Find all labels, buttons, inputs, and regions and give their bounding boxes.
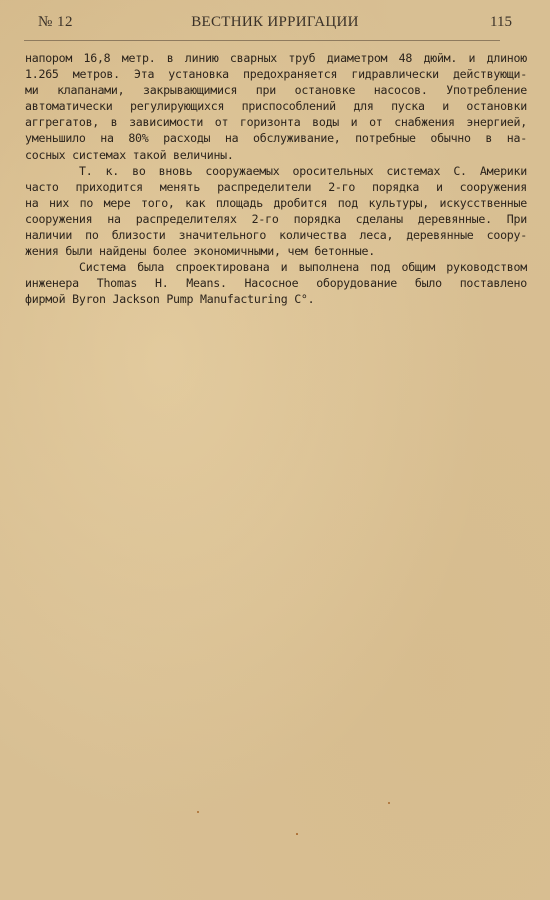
body-text: напором 16,8 метр. в линию сварных труб … bbox=[25, 50, 527, 308]
text-line: жения были найдены более экономичными, ч… bbox=[25, 243, 527, 259]
page-number: 115 bbox=[490, 14, 512, 31]
text-line: Система была спроектирована и выполнена … bbox=[25, 259, 527, 275]
text-line: ми клапанами, закрывающимися при останов… bbox=[25, 82, 527, 98]
running-header: № 12 ВЕСТНИК ИРРИГАЦИИ 115 bbox=[24, 14, 526, 36]
text-line: Т. к. во вновь сооружаемых оросительных … bbox=[25, 163, 527, 179]
paper-speck bbox=[296, 833, 298, 835]
paper-speck bbox=[197, 811, 199, 813]
header-rule bbox=[24, 40, 500, 41]
paragraph: напором 16,8 метр. в линию сварных труб … bbox=[25, 50, 527, 163]
text-line: уменьшило на 80% расходы на обслуживание… bbox=[25, 130, 527, 146]
text-line: сосных системах такой величины. bbox=[25, 147, 527, 163]
scanned-page: № 12 ВЕСТНИК ИРРИГАЦИИ 115 напором 16,8 … bbox=[0, 0, 550, 900]
paragraph: Система была спроектирована и выполнена … bbox=[25, 259, 527, 307]
text-line: на них по мере того, как площадь дробитс… bbox=[25, 195, 527, 211]
journal-title: ВЕСТНИК ИРРИГАЦИИ bbox=[24, 14, 526, 31]
text-line: автоматически регулирующихся приспособле… bbox=[25, 98, 527, 114]
paper-speck bbox=[388, 802, 390, 804]
text-line: напором 16,8 метр. в линию сварных труб … bbox=[25, 50, 527, 66]
text-line: наличии по близости значительного количе… bbox=[25, 227, 527, 243]
text-line: сооружения на распределителях 2-го поряд… bbox=[25, 211, 527, 227]
text-line: инженера Thomas H. Means. Насосное обору… bbox=[25, 275, 527, 291]
text-line: фирмой Byron Jackson Pump Manufacturing … bbox=[25, 291, 527, 307]
text-line: часто приходится менять распределители 2… bbox=[25, 179, 527, 195]
text-line: аггрегатов, в зависимости от горизонта в… bbox=[25, 114, 527, 130]
text-line: 1.265 метров. Эта установка предохраняет… bbox=[25, 66, 527, 82]
paragraph: Т. к. во вновь сооружаемых оросительных … bbox=[25, 163, 527, 260]
